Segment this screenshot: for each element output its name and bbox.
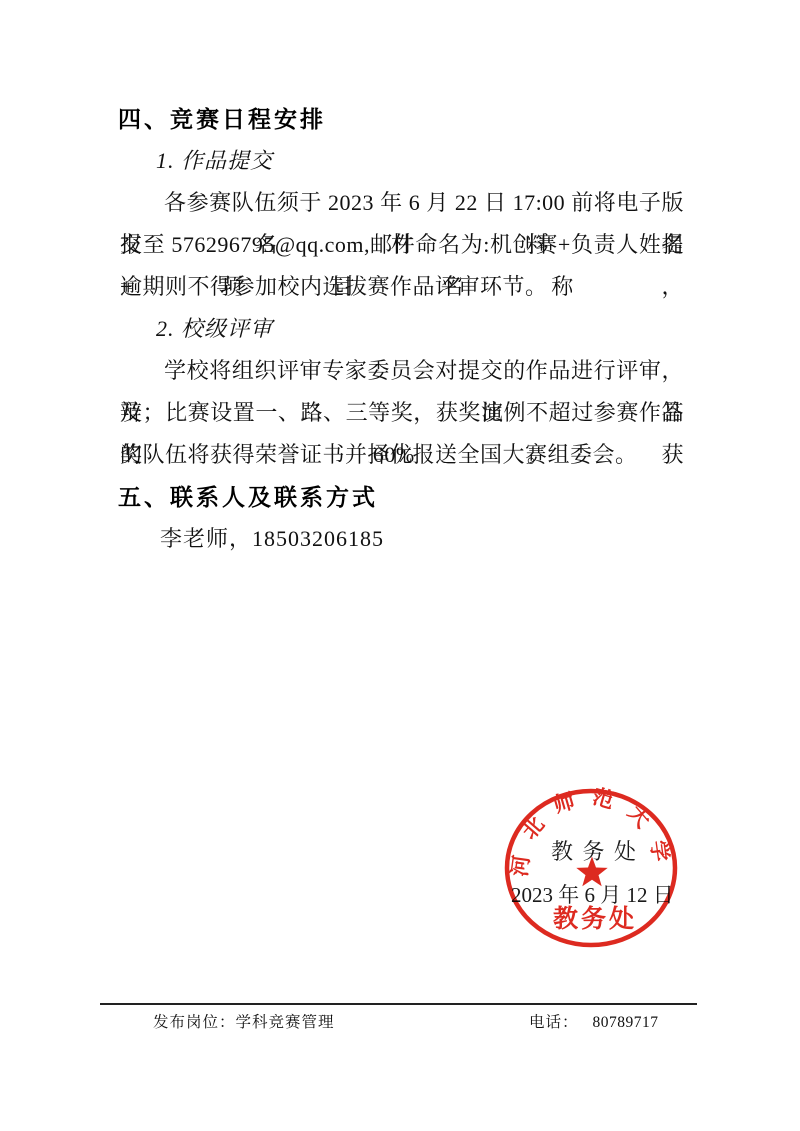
seal-bottom-text: 教务处: [553, 904, 637, 933]
document-page: 四、竞赛日程安排 1. 作品提交 各参赛队伍须于 2023 年 6 月 22 日…: [0, 0, 800, 1131]
section-4-subheading-1: 1. 作品提交: [120, 140, 684, 182]
document-body: 四、竞赛日程安排 1. 作品提交 各参赛队伍须于 2023 年 6 月 22 日…: [120, 98, 684, 560]
contact-line: 李老师，18503206185: [120, 518, 684, 560]
footer-publisher-value: 学科竞赛管理: [236, 1014, 335, 1031]
paragraph-2-line-1: 学校将组织评审专家委员会对提交的作品进行评审，及路演答: [120, 350, 684, 392]
footer-phone-value: 80789717: [593, 1014, 659, 1031]
section-4-subheading-2: 2. 校级评审: [120, 308, 684, 350]
footer-publisher-label: 发布岗位：: [153, 1014, 236, 1031]
star-icon: [576, 857, 607, 887]
footer-divider: [100, 1003, 697, 1005]
footer-publisher: 发布岗位：学科竞赛管理: [153, 1010, 335, 1032]
paragraph-1-line-1: 各参赛队伍须于 2023 年 6 月 22 日 17:00 前将电子版报名材料提: [120, 182, 684, 224]
section-4-heading: 四、竞赛日程安排: [118, 98, 684, 140]
official-seal: 河北师范大学 教务处: [500, 786, 682, 952]
footer-phone-label: 电话：: [529, 1014, 579, 1031]
section-5-heading: 五、联系人及联系方式: [118, 476, 684, 518]
footer-phone: 电话：80789717: [529, 1010, 659, 1032]
paragraph-2-line-3: 奖队伍将获得荣誉证书并择优报送全国大赛组委会。: [120, 434, 684, 476]
paragraph-2-line-2: 辩；比赛设置一、二、三等奖，获奖比例不超过参赛作品的 60%。获: [120, 392, 684, 434]
paragraph-1-line-2: 交至 576296795@qq.com,邮件命名为:机创赛+负责人姓名+项目名称…: [120, 224, 684, 266]
